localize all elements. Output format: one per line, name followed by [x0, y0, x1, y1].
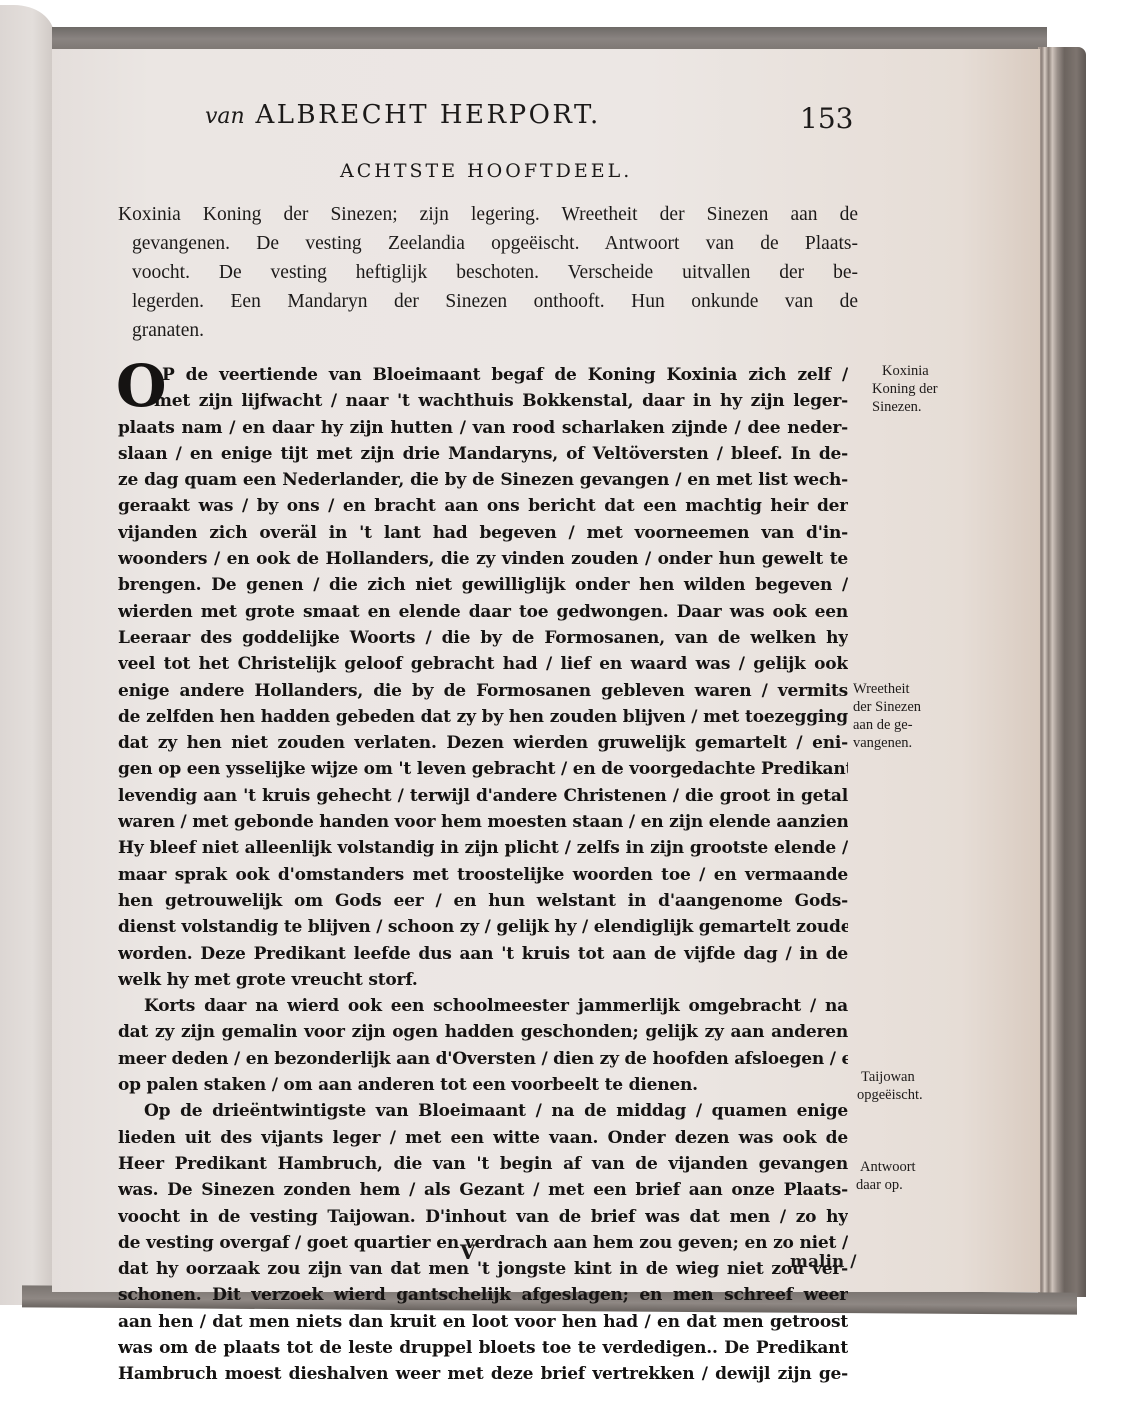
- margin-note-line: Koxinia: [872, 362, 938, 380]
- body-line: waren / met gebonde handen voor hem moes…: [118, 809, 848, 835]
- page-number: 153: [800, 102, 853, 135]
- top-page-edge: [52, 27, 1047, 51]
- margin-note-line: der Sinezen: [853, 698, 921, 716]
- chapter-title: ACHTSTE HOOFTDEEL.: [340, 160, 632, 182]
- margin-note-line: vangenen.: [853, 734, 921, 752]
- body-line: lieden uit des vijants leger / met een w…: [118, 1125, 848, 1151]
- body-line: brengen. De genen / die zich niet gewill…: [118, 572, 848, 598]
- margin-note-line: opgeëischt.: [857, 1086, 923, 1104]
- drop-cap: O: [116, 358, 166, 414]
- body-line: ze dag quam een Nederlander, die by de S…: [118, 467, 848, 493]
- body-line: de vesting overgaf / goet quartier en ve…: [118, 1230, 848, 1256]
- body-line: woonders / en ook de Hollanders, die zy …: [118, 546, 848, 572]
- body-line: enige andere Hollanders, die by de Formo…: [118, 678, 848, 704]
- page-stack-edge: [1038, 47, 1086, 1297]
- left-page-edge: [0, 5, 54, 1305]
- margin-note-taijowan: Taijowan opgeëischt.: [857, 1068, 923, 1104]
- summary-line: legerden. Een Mandaryn der Sinezen ontho…: [118, 287, 858, 316]
- body-line: wierden met grote smaat en elende daar t…: [118, 599, 848, 625]
- margin-note-line: aan de ge-: [853, 716, 921, 734]
- running-head: van ALBRECHT HERPORT.: [205, 100, 601, 130]
- body-line: Hambruch moest dieshalven weer met deze …: [118, 1361, 848, 1387]
- body-line: slaan / en enige tijt met zijn drie Mand…: [118, 441, 848, 467]
- catchword: malin /: [790, 1252, 856, 1272]
- body-line: vijanden zich overäl in 't lant had bege…: [118, 520, 848, 546]
- body-line: Korts daar na wierd ook een schoolmeeste…: [118, 993, 848, 1019]
- body-line: Leeraar des goddelijke Woorts / die by d…: [118, 625, 848, 651]
- body-line: de zelfden hen hadden gebeden dat zy by …: [118, 704, 848, 730]
- margin-note-line: daar op.: [856, 1176, 916, 1194]
- margin-note-line: Koning der: [872, 380, 938, 398]
- summary-line: Koxinia Koning der Sinezen; zijn legerin…: [118, 200, 858, 229]
- body-line: was om de plaats tot de leste druppel bl…: [118, 1335, 848, 1361]
- body-line: was. De Sinezen zonden hem / als Gezant …: [118, 1177, 848, 1203]
- margin-note-line: Antwoort: [856, 1158, 916, 1176]
- body-line: hen getrouwelijk om Gods eer / en hun we…: [118, 888, 848, 914]
- body-line: P de veertiende van Bloeimaant begaf de …: [118, 362, 848, 388]
- body-line: geraakt was / by ons / en bracht aan ons…: [118, 493, 848, 519]
- margin-note-line: Taijowan: [857, 1068, 923, 1086]
- body-line: meer deden / en bezonderlijk aan d'Overs…: [118, 1046, 848, 1072]
- margin-note-line: Sinezen.: [872, 398, 938, 416]
- margin-note-line: Wreetheit: [853, 680, 921, 698]
- body-line: voocht in de vesting Taijowan. D'inhout …: [118, 1204, 848, 1230]
- body-line: levendig aan 't kruis gehecht / terwijl …: [118, 783, 848, 809]
- body-line: Hy bleef niet alleenlijk volstandig in z…: [118, 835, 848, 861]
- body-line: maar sprak ook d'omstanders met troostel…: [118, 862, 848, 888]
- body-line: met zijn lijfwacht / naar 't wachthuis B…: [118, 388, 848, 414]
- chapter-summary: Koxinia Koning der Sinezen; zijn legerin…: [118, 200, 858, 345]
- body-line: dat zy zijn gemalin voor zijn ogen hadde…: [118, 1019, 848, 1045]
- body-line: welk hy met grote vreucht storf.: [118, 967, 848, 993]
- summary-line: voocht. De vesting heftiglijk beschoten.…: [118, 258, 858, 287]
- running-head-prefix: van: [205, 104, 245, 129]
- body-line: veel tot het Christelijk geloof gebracht…: [118, 651, 848, 677]
- margin-note-antwoort: Antwoort daar op.: [856, 1158, 916, 1194]
- body-line: worden. Deze Predikant leefde dus aan 't…: [118, 941, 848, 967]
- summary-line: gevangenen. De vesting Zeelandia opgeëis…: [118, 229, 858, 258]
- body-line: op palen staken / om aan anderen tot een…: [118, 1072, 848, 1098]
- body-line: gen op een ysselijke wijze om 't leven g…: [118, 756, 848, 782]
- body-line: schonen. Dit verzoek wierd gantschelijk …: [118, 1282, 848, 1308]
- body-text: O P de veertiende van Bloeimaant begaf d…: [118, 362, 848, 1388]
- body-line: Op de drieëntwintigste van Bloeimaant / …: [118, 1098, 848, 1124]
- body-line: dienst volstandig te blijven / schoon zy…: [118, 914, 848, 940]
- margin-note-wreetheit: Wreetheit der Sinezen aan de ge- vangene…: [853, 680, 921, 752]
- running-head-name: ALBRECHT HERPORT.: [255, 100, 600, 130]
- body-line: dat zy hen niet zouden verlaten. Dezen w…: [118, 730, 848, 756]
- signature-mark: V: [460, 1240, 476, 1264]
- body-line: plaats nam / en daar hy zijn hutten / va…: [118, 415, 848, 441]
- body-line: dat hy oorzaak zou zijn van dat men 't j…: [118, 1256, 848, 1282]
- summary-line: granaten.: [118, 316, 858, 345]
- margin-note-koxinia: Koxinia Koning der Sinezen.: [872, 362, 938, 416]
- body-line: aan hen / dat men niets dan kruit en loo…: [118, 1309, 848, 1335]
- body-line: Heer Predikant Hambruch, die van 't begi…: [118, 1151, 848, 1177]
